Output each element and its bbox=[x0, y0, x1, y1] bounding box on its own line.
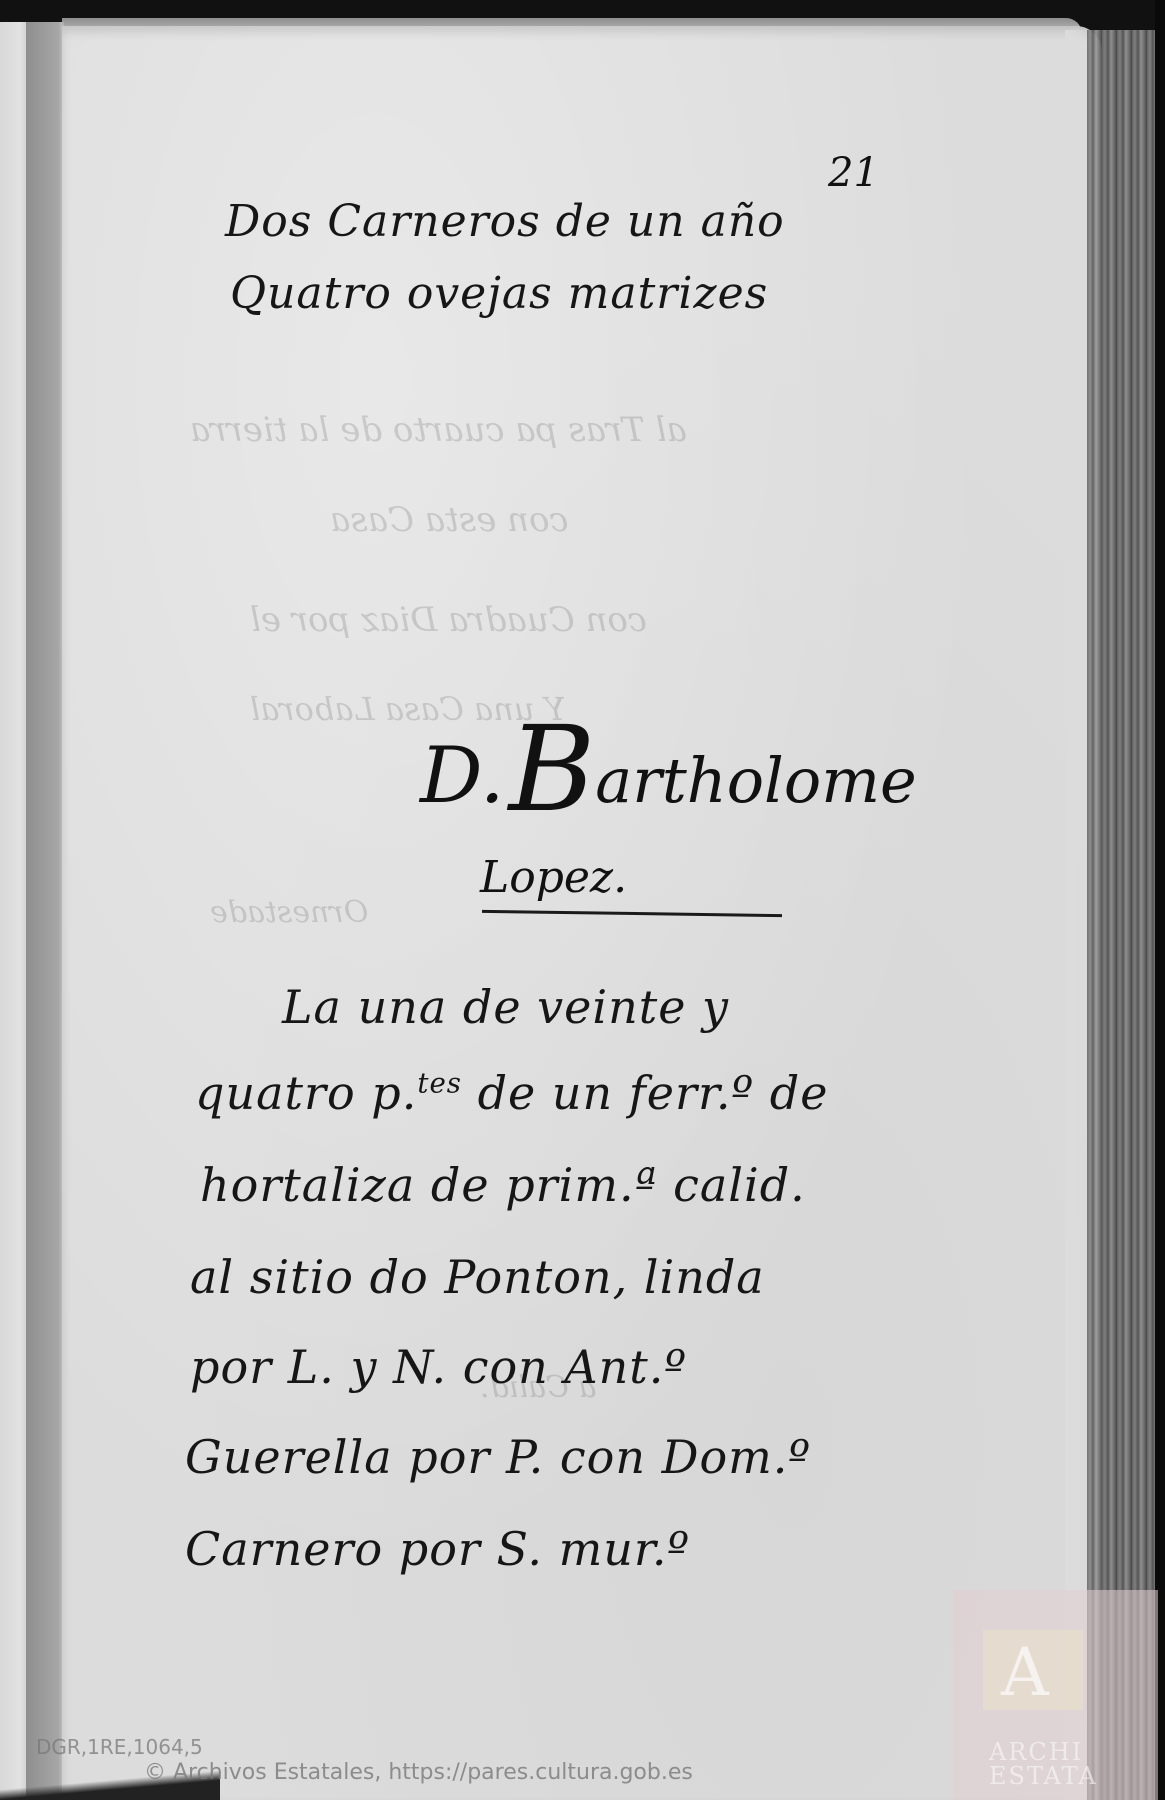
entry-body-line: al sitio do Ponton, linda bbox=[190, 1250, 765, 1304]
heading-rest: artholome bbox=[595, 744, 916, 817]
heading-initial: B bbox=[509, 700, 596, 838]
entry-text: de un ferr.º de bbox=[462, 1066, 829, 1120]
logo-text-line: ESTATA bbox=[989, 1764, 1098, 1788]
entry-body-line: por L. y N. con Ant.º bbox=[190, 1340, 687, 1394]
logo-text-line: ARCHI bbox=[989, 1740, 1098, 1764]
frayed-page-edge bbox=[1087, 30, 1165, 1800]
entry-body-line: La una de veinte y bbox=[282, 980, 729, 1034]
logo-a-icon: A bbox=[1001, 1634, 1049, 1711]
heading-prefix: D. bbox=[420, 731, 505, 821]
superscript-abbrev: tes bbox=[417, 1067, 462, 1100]
entry-body-line: Guerella por P. con Dom.º bbox=[185, 1430, 811, 1484]
scan-background-edge bbox=[1155, 0, 1165, 1800]
owner-surname: Lopez. bbox=[480, 852, 627, 903]
entry-body-line: hortaliza de prim.ª calid. bbox=[200, 1158, 806, 1212]
logo-text: ARCHI ESTATA bbox=[989, 1740, 1098, 1788]
manuscript-scan: al Tras pa cuarto de la tierra con esta … bbox=[0, 0, 1165, 1800]
reference-code: DGR,1RE,1064,5 bbox=[36, 1735, 203, 1759]
logo-mark: A bbox=[983, 1630, 1083, 1710]
copyright-notice: © Archivos Estatales, https://pares.cult… bbox=[144, 1760, 693, 1785]
entry-body-line: Carnero por S. mur.º bbox=[185, 1522, 690, 1576]
entry-line: Quatro ovejas matrizes bbox=[230, 268, 768, 319]
binding-gutter bbox=[26, 22, 64, 1800]
facing-page-edge bbox=[0, 22, 28, 1800]
archive-watermark-logo: A ARCHI ESTATA bbox=[953, 1590, 1158, 1800]
abbrev-text: quatro p. bbox=[195, 1066, 417, 1120]
entry-line: Dos Carneros de un año bbox=[225, 196, 785, 247]
entry-body-line: quatro p.tes de un ferr.º de bbox=[195, 1066, 828, 1120]
folio-number: 21 bbox=[828, 150, 879, 196]
owner-name-heading: D.Bartholome bbox=[420, 700, 917, 838]
